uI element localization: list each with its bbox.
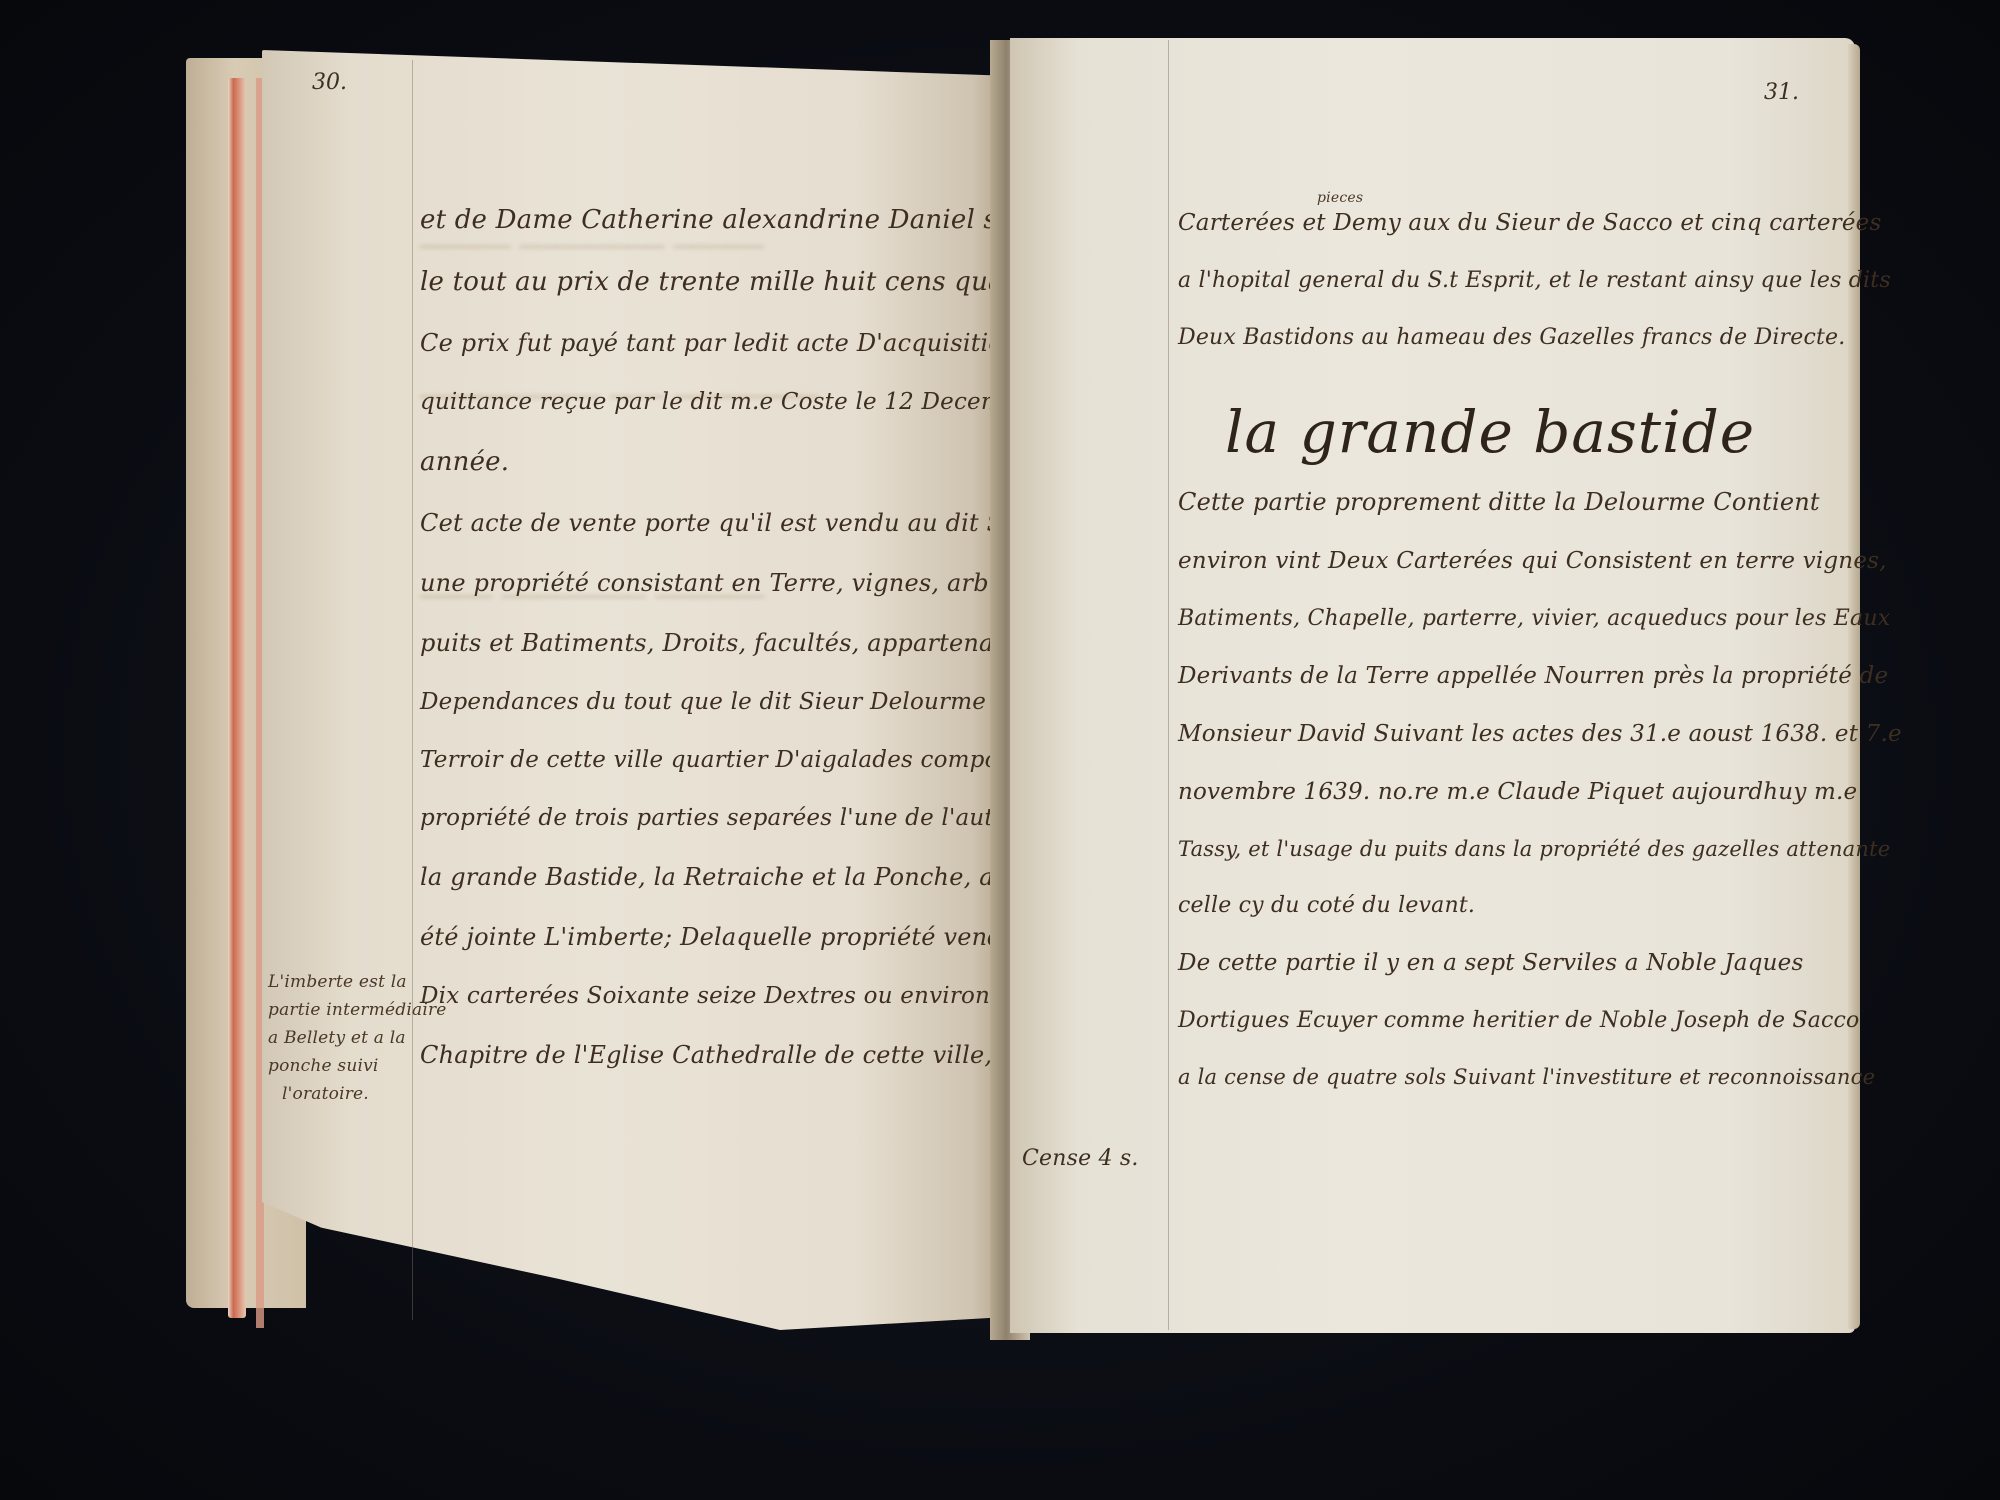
right-page-margin-rule [1168,40,1169,1330]
margin-note-line: ponche suivi [268,1056,447,1076]
left-margin-note: L'imberte est la partie intermédiaire a … [268,972,447,1104]
right-margin-note: Cense 4 s. [1022,1146,1139,1171]
right-page-text-body: Cette partie proprement ditte la Delourm… [1178,488,1902,1089]
text-line: Cette partie proprement ditte la Delourm… [1178,488,1902,516]
text-line: a la cense de quatre sols Suivant l'inve… [1178,1065,1902,1089]
text-line: Derivants de la Terre appellée Nourren p… [1178,663,1902,689]
page-number-right: 31. [1764,80,1799,105]
text-line: environ vint Deux Carterées qui Consiste… [1178,548,1902,574]
text-line: De cette partie il y en a sept Serviles … [1178,950,1902,976]
margin-note-line: a Bellety et a la [268,1028,447,1048]
right-page-text-top: Carterées et Demy aux du Sieur de Sacco … [1178,210,1891,350]
margin-note-line: l'oratoire. [268,1084,447,1104]
section-heading: la grande bastide [1225,398,1755,466]
text-line: Carterées et Demy aux du Sieur de Sacco … [1178,210,1891,236]
left-page-margin-rule [412,60,413,1320]
text-line: Batiments, Chapelle, parterre, vivier, a… [1178,606,1902,631]
text-line: a l'hopital general du S.t Esprit, et le… [1178,268,1891,293]
margin-note-line: partie intermédiaire [268,1000,447,1020]
text-line: Monsieur David Suivant les actes des 31.… [1178,721,1902,747]
text-line: celle cy du coté du levant. [1178,893,1902,918]
red-page-edge [228,78,246,1318]
superscript-insert: pieces [1317,190,1363,206]
margin-note-line: L'imberte est la [268,972,447,992]
text-line: Dortigues Ecuyer comme heritier de Noble… [1178,1008,1902,1033]
text-line: Tassy, et l'usage du puits dans la propr… [1178,837,1902,861]
page-number-left: 30. [312,70,347,95]
text-line: novembre 1639. no.re m.e Claude Piquet a… [1178,779,1902,805]
text-line: Deux Bastidons au hameau des Gazelles fr… [1178,325,1891,350]
